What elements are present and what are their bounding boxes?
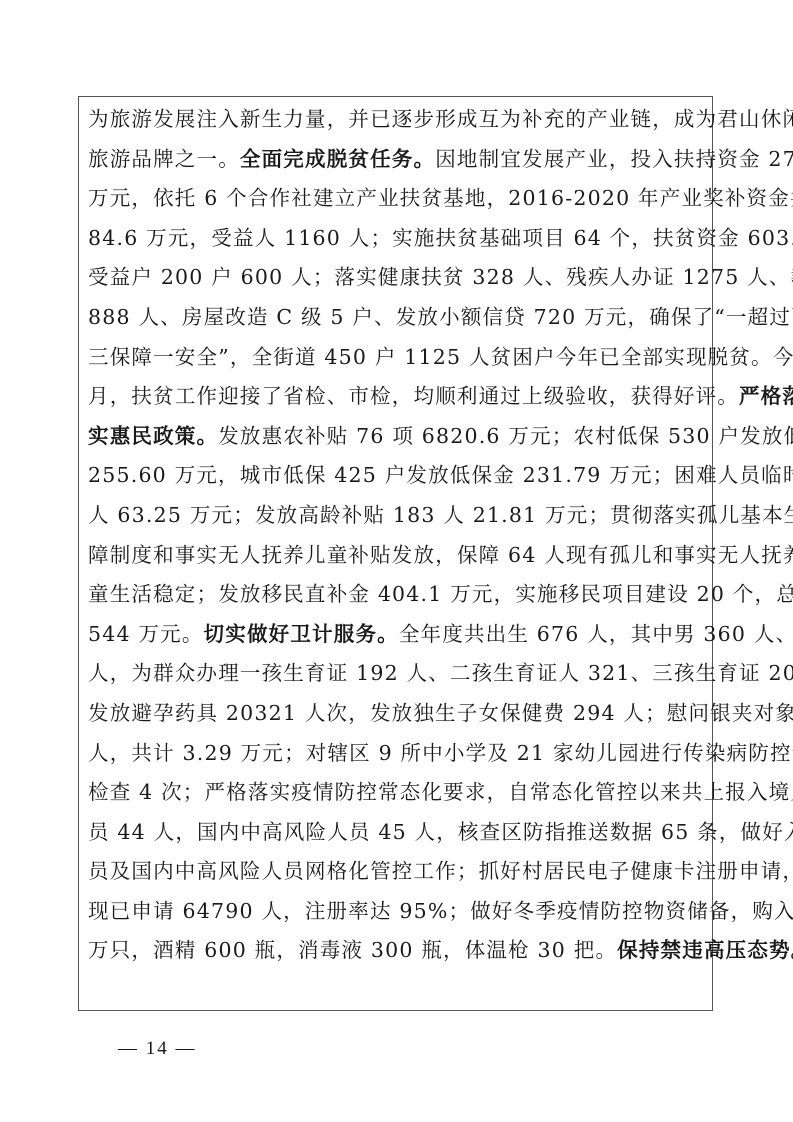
- text-line: 84.6 万元，受益人 1160 人；实施扶贫基础项目 64 个，扶贫资金 60…: [88, 219, 708, 259]
- text-line: 实惠民政策。发放惠农补贴 76 项 6820.6 万元；农村低保 530 户发放…: [88, 417, 708, 457]
- text-segment: 84.6 万元，受益人 1160 人；实施扶贫基础项目 64 个，扶贫资金 60…: [88, 226, 793, 250]
- text-segment: 检查 4 次；严格落实疫情防控常态化要求，自常态化管控以来共上报入境人: [88, 780, 793, 804]
- text-segment: 发放避孕药具 20321 人次，发放独生子女保健费 294 人；慰问银夹对象 1…: [88, 701, 793, 725]
- text-segment: 障制度和事实无人抚养儿童补贴发放，保障 64 人现有孤儿和事实无人抚养儿: [88, 543, 793, 567]
- text-line: 发放避孕药具 20321 人次，发放独生子女保健费 294 人；慰问银夹对象 1…: [88, 694, 708, 734]
- text-line: 检查 4 次；严格落实疫情防控常态化要求，自常态化管控以来共上报入境人: [88, 773, 708, 813]
- text-line: 万元，依托 6 个合作社建立产业扶贫基地，2016-2020 年产业奖补资金共计: [88, 179, 708, 219]
- text-segment: 255.60 万元，城市低保 425 户发放低保金 231.79 万元；困难人员…: [88, 463, 793, 487]
- text-segment: 现已申请 64790 人，注册率达 95%；做好冬季疫情防控物资储备，购入口罩 …: [88, 899, 793, 923]
- text-segment: 旅游品牌之一。: [88, 147, 240, 171]
- text-line: 障制度和事实无人抚养儿童补贴发放，保障 64 人现有孤儿和事实无人抚养儿: [88, 536, 708, 576]
- text-line: 255.60 万元，城市低保 425 户发放低保金 231.79 万元；困难人员…: [88, 456, 708, 496]
- text-segment: 员 44 人，国内中高风险人员 45 人，核查区防指推送数据 65 条，做好入境…: [88, 820, 793, 844]
- text-segment: 为旅游发展注入新生力量，并已逐步形成互为补充的产业链，成为君山休闲: [88, 107, 793, 131]
- text-line: 人 63.25 万元；发放高龄补贴 183 人 21.81 万元；贯彻落实孤儿基…: [88, 496, 708, 536]
- text-line: 旅游品牌之一。全面完成脱贫任务。因地制宜发展产业，投入扶持资金 273: [88, 140, 708, 180]
- text-segment: 童生活稳定；发放移民直补金 404.1 万元，实施移民项目建设 20 个，总资金: [88, 582, 793, 606]
- text-segment: 发放惠农补贴 76 项 6820.6 万元；农村低保 530 户发放低保金: [218, 424, 793, 448]
- text-segment: 万只，酒精 600 瓶，消毒液 300 瓶，体温枪 30 把。: [88, 938, 617, 962]
- page-number: — 14 —: [118, 1038, 197, 1060]
- text-segment: 人，共计 3.29 万元；对辖区 9 所中小学及 21 家幼儿园进行传染病防控专…: [88, 741, 793, 765]
- text-line: 544 万元。切实做好卫计服务。全年度共出生 676 人，其中男 360 人、女…: [88, 615, 708, 655]
- text-line: 童生活稳定；发放移民直补金 404.1 万元，实施移民项目建设 20 个，总资金: [88, 575, 708, 615]
- text-segment: 万元，依托 6 个合作社建立产业扶贫基地，2016-2020 年产业奖补资金共计: [88, 186, 793, 210]
- text-line: 三保障一安全”，全街道 450 户 1125 人贫困户今年已全部实现脱贫。今年 …: [88, 338, 708, 378]
- text-segment: 员及国内中高风险人员网格化管控工作；抓好村居民电子健康卡注册申请，: [88, 859, 793, 883]
- text-line: 万只，酒精 600 瓶，消毒液 300 瓶，体温枪 30 把。保持禁违高压态势。…: [88, 931, 708, 971]
- bold-heading-phrase: 保持禁违高压态势。: [617, 938, 793, 962]
- text-segment: 人 63.25 万元；发放高龄补贴 183 人 21.81 万元；贯彻落实孤儿基…: [88, 503, 793, 527]
- text-segment: 544 万元。: [88, 622, 204, 646]
- body-text: 为旅游发展注入新生力量，并已逐步形成互为补充的产业链，成为君山休闲旅游品牌之一。…: [88, 100, 708, 971]
- text-line: 员及国内中高风险人员网格化管控工作；抓好村居民电子健康卡注册申请，: [88, 852, 708, 892]
- text-segment: 因地制宜发展产业，投入扶持资金 273: [435, 147, 793, 171]
- bold-heading-phrase: 切实做好卫计服务。: [204, 622, 399, 646]
- text-line: 月，扶贫工作迎接了省检、市检，均顺利通过上级验收，获得好评。严格落: [88, 377, 708, 417]
- text-segment: 受益户 200 户 600 人；落实健康扶贫 328 人、残疾人办证 1275 …: [88, 265, 793, 289]
- text-segment: 888 人、房屋改造 C 级 5 户、发放小额信贷 720 万元，确保了“一超过…: [88, 305, 793, 329]
- text-segment: 三保障一安全”，全街道 450 户 1125 人贫困户今年已全部实现脱贫。今年 …: [88, 345, 793, 369]
- text-line: 受益户 200 户 600 人；落实健康扶贫 328 人、残疾人办证 1275 …: [88, 258, 708, 298]
- bold-heading-phrase: 实惠民政策。: [88, 424, 218, 448]
- text-line: 现已申请 64790 人，注册率达 95%；做好冬季疫情防控物资储备，购入口罩 …: [88, 892, 708, 932]
- text-line: 为旅游发展注入新生力量，并已逐步形成互为补充的产业链，成为君山休闲: [88, 100, 708, 140]
- text-segment: 人，为群众办理一孩生育证 192 人、二孩生育证人 321、三孩生育证 20 人…: [88, 661, 793, 685]
- text-segment: 月，扶贫工作迎接了省检、市检，均顺利通过上级验收，获得好评。: [88, 384, 739, 408]
- bold-heading-phrase: 严格落: [739, 384, 793, 408]
- text-segment: 全年度共出生 676 人，其中男 360 人、女 316: [399, 622, 793, 646]
- text-line: 888 人、房屋改造 C 级 5 户、发放小额信贷 720 万元，确保了“一超过…: [88, 298, 708, 338]
- text-line: 人，共计 3.29 万元；对辖区 9 所中小学及 21 家幼儿园进行传染病防控专…: [88, 734, 708, 774]
- text-line: 人，为群众办理一孩生育证 192 人、二孩生育证人 321、三孩生育证 20 人…: [88, 654, 708, 694]
- bold-heading-phrase: 全面完成脱贫任务。: [240, 147, 435, 171]
- text-line: 员 44 人，国内中高风险人员 45 人，核查区防指推送数据 65 条，做好入境…: [88, 813, 708, 853]
